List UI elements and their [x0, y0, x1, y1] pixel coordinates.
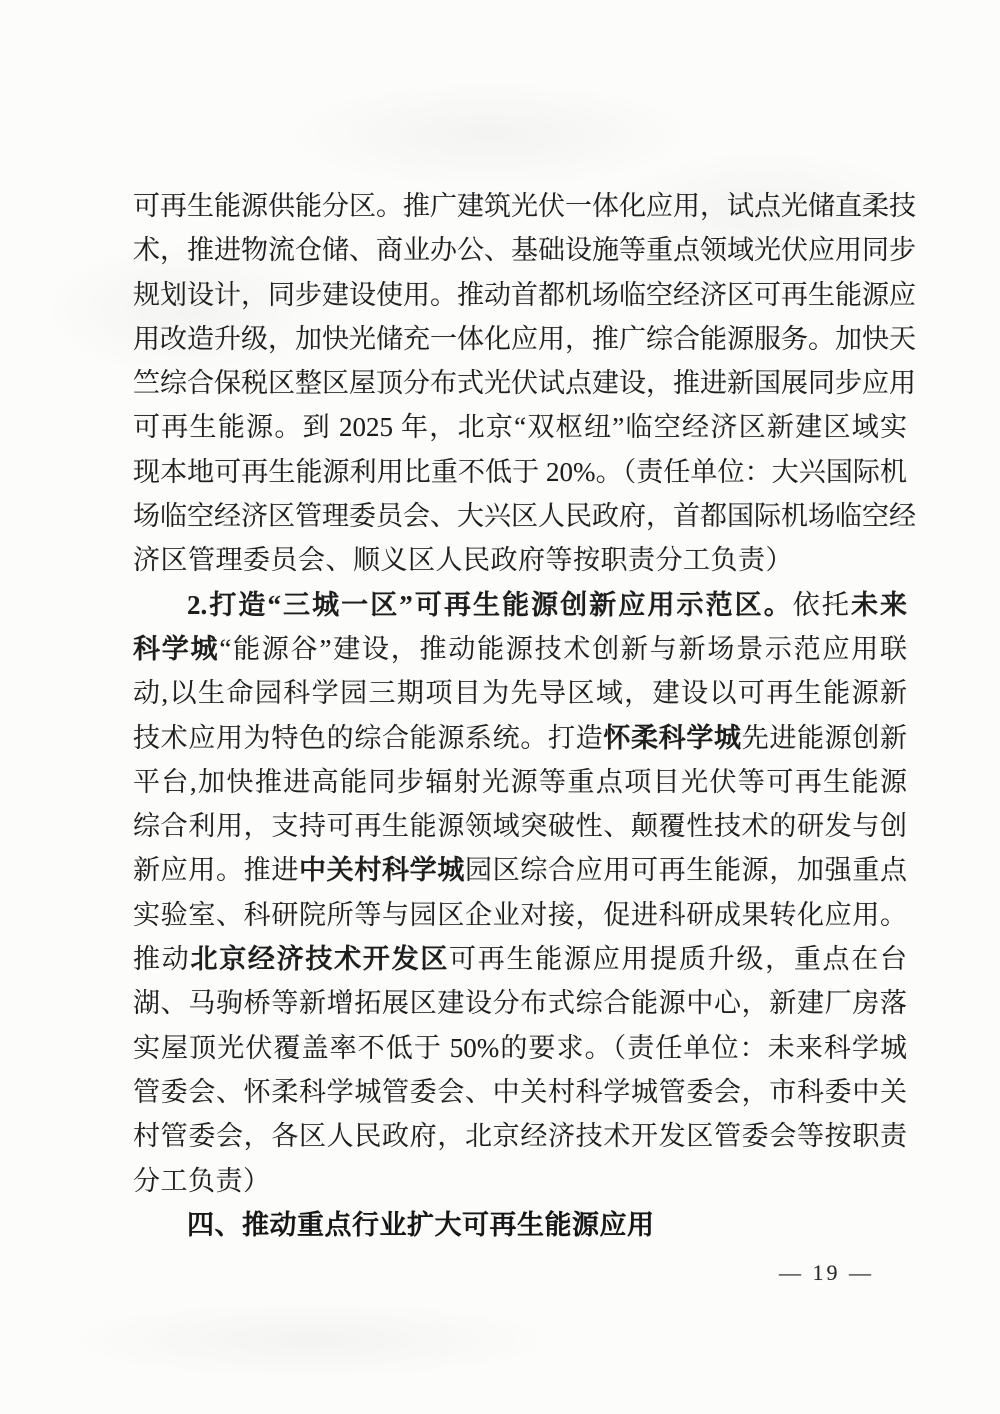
text-run: “能源谷”建设，推动能源技术创新与新场景示范应用联 [219, 634, 907, 664]
body-line: 科学城“能源谷”建设，推动能源技术创新与新场景示范应用联 [133, 627, 907, 671]
text-run: 推动 [133, 944, 190, 974]
body-line: 平台,加快推进高能同步辐射光源等重点项目光伏等可再生能源 [133, 760, 907, 804]
body-line: 场临空经济区管理委员会、大兴区人民政府，首都国际机场临空经 [133, 494, 907, 538]
text-run: 综合利用，支持可再生能源领域突破性、颠覆性技术的研发与创 [133, 811, 907, 841]
text-run: 可再生能源供能分区。推广建筑光伏一体化应用，试点光储直柔技 [133, 191, 916, 221]
text-run: 分工负责） [133, 1166, 271, 1196]
body-line: 可再生能源供能分区。推广建筑光伏一体化应用，试点光储直柔技 [133, 184, 907, 228]
text-run-bold: 怀柔科学城 [603, 723, 741, 753]
text-run: 管委会、怀柔科学城管委会、中关村科学城管委会，市科委中关 [133, 1077, 907, 1107]
section-heading: 四、推动重点行业扩大可再生能源应用 [133, 1203, 907, 1247]
text-run: 现本地可再生能源利用比重不低于 20%。（责任单位：大兴国际机 [133, 457, 907, 487]
scan-artifact [60, 1300, 560, 1380]
text-run: 平台,加快推进高能同步辐射光源等重点项目光伏等可再生能源 [133, 767, 907, 797]
text-run: 可再生能源应用提质升级，重点在台 [449, 944, 907, 974]
text-block: 可再生能源供能分区。推广建筑光伏一体化应用，试点光储直柔技 术，推进物流仓储、商… [133, 184, 907, 1247]
text-run-bold: 中关村科学城 [299, 855, 465, 885]
body-line: 实验室、科研院所等与园区企业对接，促进科研成果转化应用。 [133, 893, 907, 937]
body-line: 竺综合保税区整区屋顶分布式光伏试点建设，推进新国展同步应用 [133, 361, 907, 405]
body-line: 新应用。推进中关村科学城园区综合应用可再生能源，加强重点 [133, 848, 907, 892]
text-run-bold: 未来 [851, 590, 907, 620]
text-run: 场临空经济区管理委员会、大兴区人民政府，首都国际机场临空经 [133, 501, 916, 531]
body-line: 湖、马驹桥等新增拓展区建设分布式综合能源中心，新建厂房落 [133, 981, 907, 1025]
text-run: 园区综合应用可再生能源，加强重点 [465, 855, 907, 885]
text-run: 规划设计，同步建设使用。推动首都机场临空经济区可再生能源应 [133, 280, 916, 310]
page-number: — 19 — [779, 1260, 874, 1286]
text-run-bold: 四、推动重点行业扩大可再生能源应用 [187, 1210, 655, 1240]
body-line: 分工负责） [133, 1159, 907, 1203]
body-line: 综合利用，支持可再生能源领域突破性、颠覆性技术的研发与创 [133, 804, 907, 848]
text-run: 济区管理委员会、顺义区人民政府等按职责分工负责） [133, 545, 793, 575]
text-run: 湖、马驹桥等新增拓展区建设分布式综合能源中心，新建厂房落 [133, 988, 907, 1018]
body-line: 用改造升级，加快光储充一体化应用，推广综合能源服务。加快天 [133, 317, 907, 361]
body-line: 技术应用为特色的综合能源系统。打造怀柔科学城先进能源创新 [133, 716, 907, 760]
body-line: 村管委会，各区人民政府，北京经济技术开发区管委会等按职责 [133, 1114, 907, 1158]
body-line: 术，推进物流仓储、商业办公、基础设施等重点领域光伏应用同步 [133, 228, 907, 272]
body-line: 可再生能源。到 2025 年，北京“双枢纽”临空经济区新建区域实 [133, 405, 907, 449]
text-run: 用改造升级，加快光储充一体化应用，推广综合能源服务。加快天 [133, 324, 916, 354]
text-run-bold: 科学城 [133, 634, 219, 664]
text-run: 新应用。推进 [133, 855, 299, 885]
scan-artifact [280, 80, 700, 190]
body-line: 实屋顶光伏覆盖率不低于 50%的要求。（责任单位：未来科学城 [133, 1026, 907, 1070]
text-run: 实验室、科研院所等与园区企业对接，促进科研成果转化应用。 [133, 900, 907, 930]
text-run-bold: 北京经济技术开发区 [190, 944, 449, 974]
body-line: 现本地可再生能源利用比重不低于 20%。（责任单位：大兴国际机 [133, 450, 907, 494]
text-run: 可再生能源。到 2025 年，北京“双枢纽”临空经济区新建区域实 [133, 412, 907, 442]
text-run: 村管委会，各区人民政府，北京经济技术开发区管委会等按职责 [133, 1121, 907, 1151]
body-line: 推动北京经济技术开发区可再生能源应用提质升级，重点在台 [133, 937, 907, 981]
text-run-bold: 2.打造“三城一区”可再生能源创新应用示范区。 [187, 590, 793, 620]
body-line: 2.打造“三城一区”可再生能源创新应用示范区。依托未来 [133, 583, 907, 627]
body-line: 动,以生命园科学园三期项目为先导区域，建设以可再生能源新 [133, 671, 907, 715]
body-line: 规划设计，同步建设使用。推动首都机场临空经济区可再生能源应 [133, 273, 907, 317]
text-run: 动,以生命园科学园三期项目为先导区域，建设以可再生能源新 [133, 678, 907, 708]
text-run: 竺综合保税区整区屋顶分布式光伏试点建设，推进新国展同步应用 [133, 368, 916, 398]
text-run: 术，推进物流仓储、商业办公、基础设施等重点领域光伏应用同步 [133, 235, 916, 265]
body-line: 管委会、怀柔科学城管委会、中关村科学城管委会，市科委中关 [133, 1070, 907, 1114]
text-run: 依托 [793, 590, 851, 620]
body-line: 济区管理委员会、顺义区人民政府等按职责分工负责） [133, 538, 907, 582]
text-run: 技术应用为特色的综合能源系统。打造 [133, 723, 603, 753]
document-page: 可再生能源供能分区。推广建筑光伏一体化应用，试点光储直柔技 术，推进物流仓储、商… [0, 0, 1000, 1414]
text-run: 实屋顶光伏覆盖率不低于 50%的要求。（责任单位：未来科学城 [133, 1033, 907, 1063]
text-run: 先进能源创新 [742, 723, 907, 753]
